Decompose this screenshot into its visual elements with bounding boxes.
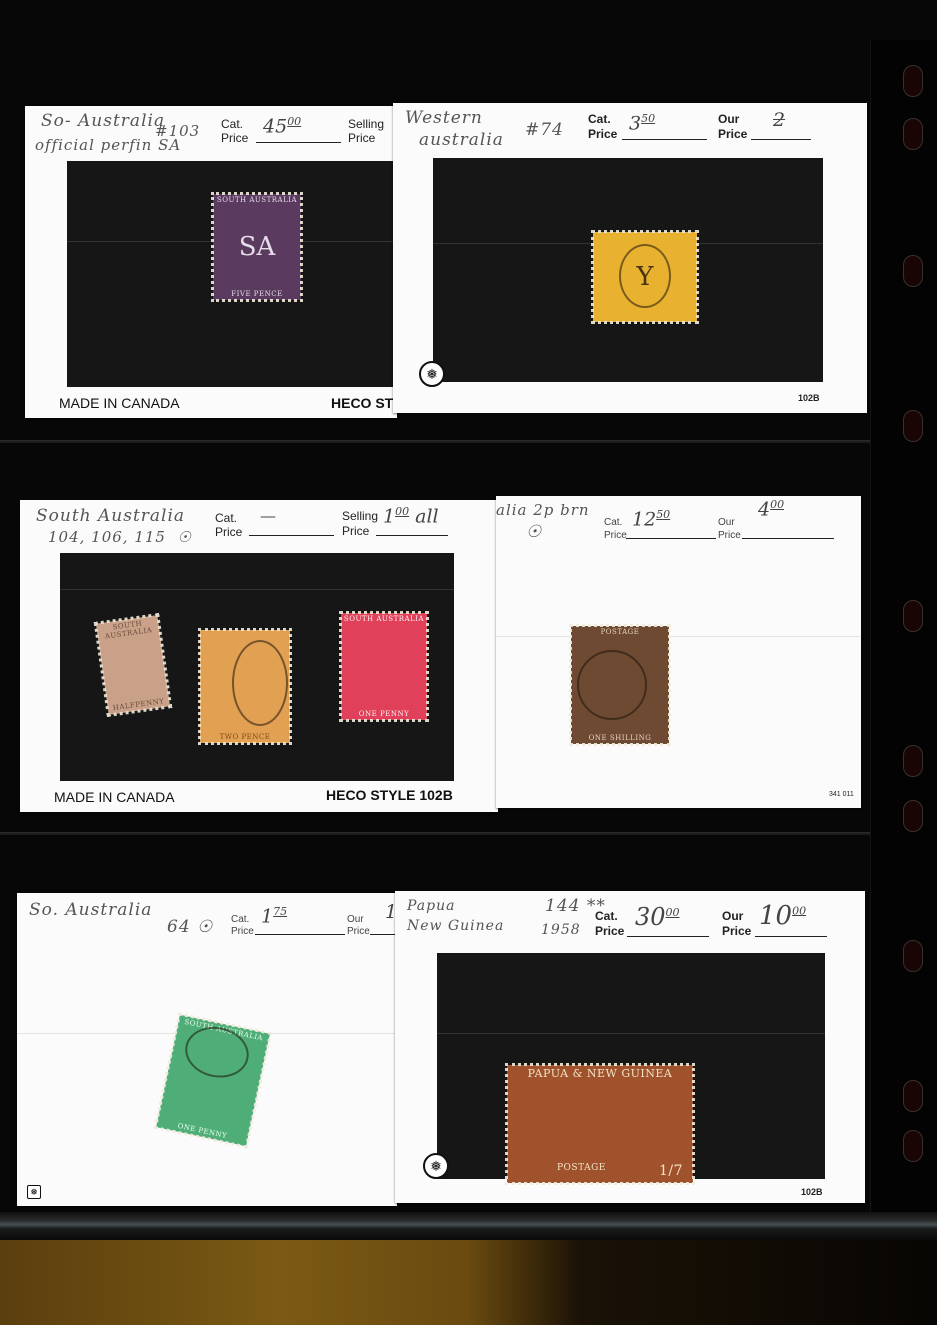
price-line [626, 538, 716, 539]
footer-code: 102B [801, 1187, 823, 1197]
price-label: Cat. [588, 112, 611, 126]
stamp-inscription [243, 630, 247, 634]
card-note: australia [419, 131, 504, 149]
footer-code: 102B [798, 393, 820, 403]
price-label: Cat. [595, 909, 618, 923]
footer-code: 341 011 [829, 791, 854, 798]
price-label: Price [231, 926, 254, 938]
price-label: Price [718, 127, 747, 141]
strip-divider [0, 440, 937, 443]
price-label: Price [348, 131, 375, 145]
stamp-inscription: Postage [599, 626, 642, 638]
stamp-value: 1/7 [659, 1163, 683, 1179]
stamp-footer: Postage 1/7 [507, 1163, 693, 1183]
price-line [249, 535, 334, 536]
postmark [232, 640, 288, 726]
stamp-card[interactable]: So- Australia #103 official perfin SA Ca… [25, 106, 397, 418]
price-label: Selling [348, 117, 384, 131]
stamp-inscription: Postage [557, 1163, 606, 1179]
price-label: Our [718, 517, 735, 529]
stamp-mount: Papua & New Guinea Postage 1/7 [437, 953, 825, 1179]
footer-style: HECO STYLE 102B [326, 787, 453, 803]
card-note: 104, 106, 115 ☉ [48, 528, 192, 546]
stamp[interactable]: Postage One Shilling [571, 626, 669, 744]
scanner-background [0, 1240, 937, 1325]
price-line [751, 139, 811, 140]
stamp-inscription: South Australia [342, 613, 426, 625]
card-note: So- Australia [41, 112, 165, 130]
catalog-number: #74 [525, 121, 564, 139]
binder-hole [903, 600, 923, 632]
price-label: Our [722, 909, 743, 923]
maple-leaf-logo-icon: ❅ [423, 1153, 449, 1179]
card-note: New Guinea [407, 917, 504, 935]
issue-year: 1958 [541, 921, 581, 939]
stamp-value: One Penny [357, 708, 411, 720]
catalog-price: 350 [629, 112, 655, 134]
strip-divider [0, 832, 937, 835]
postmark [577, 650, 647, 720]
card-note: Western [405, 109, 483, 127]
mount-strip [60, 589, 454, 590]
stamp[interactable]: South Australia One Penny [341, 613, 427, 720]
stamp[interactable]: Y [593, 232, 697, 322]
price-label: Our [347, 914, 364, 926]
price-label: Price [604, 530, 627, 542]
stamp-center [129, 639, 137, 698]
stamp[interactable]: South Australia Halfpenny [96, 615, 170, 715]
card-note: ☉ [526, 523, 542, 541]
catalog-price: 3000 [635, 903, 680, 931]
card-note: alia 2p brn [496, 501, 590, 519]
stamp-card[interactable]: Papua New Guinea 144 ** 1958 Cat. Price … [395, 891, 865, 1203]
maple-leaf-logo-icon: ❅ [27, 1185, 41, 1199]
price-label: Selling [342, 509, 378, 523]
catalog-price: 1250 [632, 508, 670, 530]
stamp[interactable]: Papua & New Guinea Postage 1/7 [507, 1065, 693, 1183]
stamp-mount: South Australia Halfpenny Two Pence Sout… [60, 553, 454, 781]
binder-hole [903, 1080, 923, 1112]
binder-hole [903, 745, 923, 777]
binder-margin [870, 40, 937, 1240]
binder-hole [903, 410, 923, 442]
price-line [622, 139, 707, 140]
price-label: Cat. [604, 517, 622, 529]
catalog-price: 175 [261, 905, 287, 927]
our-price: 1000 [759, 901, 806, 931]
stamp-card[interactable]: South Australia 104, 106, 115 ☉ Cat. Pri… [20, 500, 498, 812]
page-bottom-edge [0, 1212, 937, 1240]
price-label: Cat. [215, 511, 237, 525]
postmark [619, 244, 671, 308]
stamp-value: One Shilling [587, 732, 654, 744]
price-label: Price [718, 530, 741, 542]
price-label: Price [588, 127, 617, 141]
stamp-value: One Penny [174, 1119, 230, 1142]
catalog-price: 4500 [263, 115, 301, 137]
price-label: Cat. [221, 117, 243, 131]
selling-price: 100 all [383, 505, 439, 527]
price-line [376, 535, 448, 536]
footer-style: HECO ST [331, 395, 393, 411]
stamp-inscription: Papua & New Guinea [526, 1065, 675, 1082]
price-line [627, 936, 709, 937]
stamp-mount: South Australia SA Five Pence [67, 161, 397, 387]
stamp-inscription: South Australia [215, 194, 299, 206]
binder-hole [903, 940, 923, 972]
our-price: 2 [773, 109, 785, 131]
card-note: So. Australia [29, 901, 152, 919]
card-note: official perfin SA [35, 136, 181, 154]
our-price: 400 [758, 498, 784, 520]
mount-strip [437, 1033, 825, 1034]
stamp-value: Halfpenny [110, 695, 167, 715]
mount-strip [496, 636, 861, 637]
price-label: Price [595, 924, 624, 938]
price-label: Price [347, 926, 370, 938]
binder-hole [903, 800, 923, 832]
maple-leaf-logo-icon: ❅ [419, 361, 445, 387]
price-label: Price [342, 524, 369, 538]
stamp[interactable]: Two Pence [200, 630, 290, 743]
binder-hole [903, 65, 923, 97]
footer-made-in: MADE IN CANADA [59, 395, 180, 411]
stamp-mount: Y [433, 158, 823, 382]
price-line [256, 142, 341, 143]
stamp-value: Five Pence [229, 288, 284, 300]
footer-made-in: MADE IN CANADA [54, 789, 175, 805]
price-line [255, 934, 345, 935]
price-label: Cat. [231, 914, 249, 926]
card-note: Papua [407, 897, 455, 915]
stamp[interactable]: South Australia SA Five Pence [213, 194, 301, 300]
binder-hole [903, 255, 923, 287]
stamp-value: Two Pence [218, 731, 273, 743]
price-label: Price [722, 924, 751, 938]
price-label: Price [221, 131, 248, 145]
price-label: Price [215, 525, 242, 539]
catalog-number: 64 ☉ [167, 918, 213, 936]
binder-hole [903, 1130, 923, 1162]
stamp-inscription: South Australia [96, 615, 160, 643]
stamp-card[interactable]: So. Australia 64 ☉ Cat. Price 175 Our Pr… [17, 893, 397, 1206]
stamp-card[interactable]: alia 2p brn ☉ Cat. Price 1250 Our Price … [496, 496, 861, 808]
price-line [742, 538, 834, 539]
price-line [370, 934, 397, 935]
stamp[interactable]: South Australia One Penny [156, 1015, 270, 1147]
card-note: South Australia [36, 507, 185, 525]
price-label: Our [718, 112, 739, 126]
binder-hole [903, 118, 923, 150]
catalog-price: — [260, 506, 276, 525]
stamp-card[interactable]: Western australia #74 Cat. Price 350 Our… [393, 103, 867, 413]
price-line [755, 936, 827, 937]
stamp-center: SA [239, 206, 276, 288]
